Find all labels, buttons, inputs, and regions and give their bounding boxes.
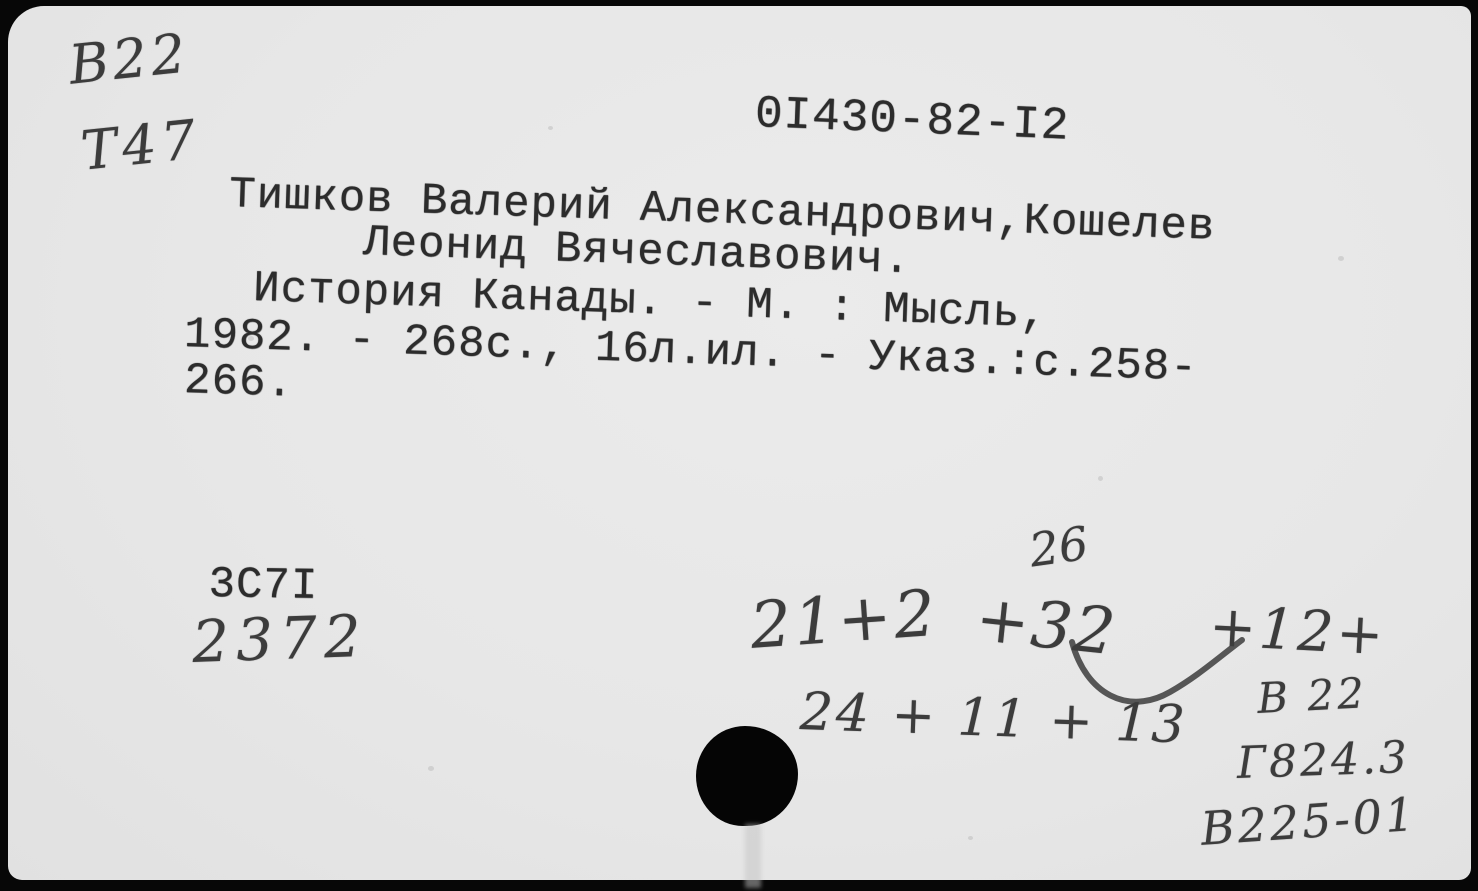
scan-speckle <box>968 836 973 840</box>
handwritten-code-g824: Г824.3 <box>1236 732 1411 789</box>
handwritten-code-b225: В225-01 <box>1199 787 1419 856</box>
handwritten-math-small-top: 26 <box>1026 516 1091 578</box>
shelf-mark-class-code: В22 <box>66 21 192 96</box>
crease-streak <box>745 824 761 888</box>
catalog-card: В22 Т47 0I430-82-I2 Тишков Валерий Алекс… <box>8 6 1471 880</box>
scan-speckle <box>548 126 553 130</box>
scan-speckle <box>428 766 434 771</box>
handwritten-accession-number: 2372 <box>191 602 369 676</box>
scanned-catalog-card-page: { "card": { "shelf_marks_top_left": { "c… <box>0 0 1478 891</box>
typed-imprint-line-2: 266. <box>183 356 294 410</box>
scan-speckle <box>248 336 254 341</box>
shelf-mark-author-code: Т47 <box>78 107 204 182</box>
scan-speckle <box>1098 476 1103 481</box>
punch-hole-dot <box>696 726 798 826</box>
handwritten-code-b22: В 22 <box>1256 668 1368 723</box>
handwritten-math-row1-c: +12+ <box>1208 594 1388 668</box>
handwritten-math-row2: 24 + 11 + 13 <box>799 682 1189 755</box>
scan-speckle <box>1338 256 1344 261</box>
handwritten-math-row1-a: 21+2 <box>748 577 940 664</box>
typed-catalog-number: 0I430-82-I2 <box>754 88 1070 153</box>
